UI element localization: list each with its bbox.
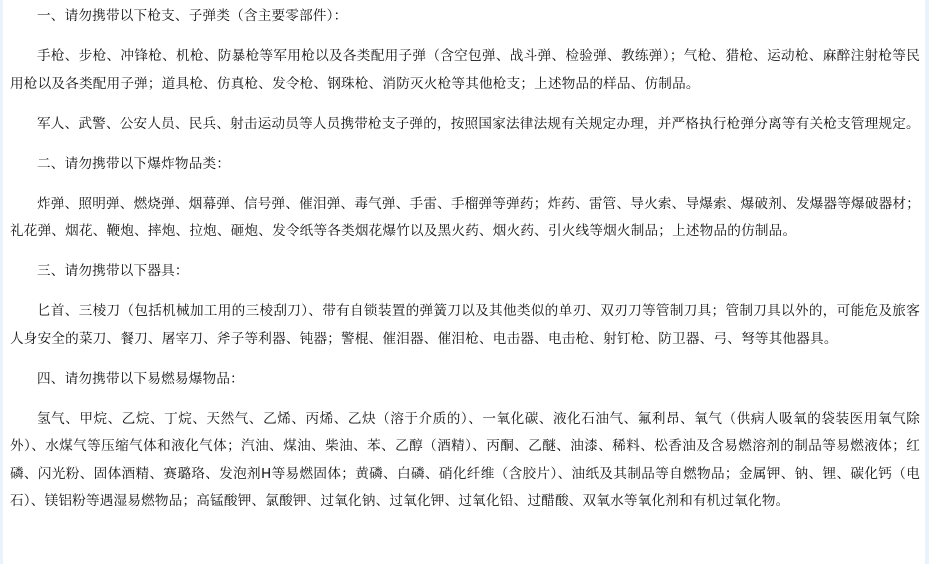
scrollbar-track[interactable]: [925, 0, 929, 564]
section-1-paragraph-1: 手枪、步枪、冲锋枪、机枪、防暴枪等军用枪以及各类配用子弹（含空包弹、战斗弹、检验…: [10, 43, 920, 98]
section-4-paragraph-1: 氢气、甲烷、乙烷、丁烷、天然气、乙烯、丙烯、乙炔（溶于介质的）、一氧化碳、液化石…: [10, 406, 920, 516]
section-1-paragraph-2: 军人、武警、公安人员、民兵、射击运动员等人员携带枪支子弹的，按照国家法律法规有关…: [10, 111, 920, 139]
section-3-heading: 三、请勿携带以下器具：: [10, 258, 920, 286]
section-1-heading: 一、请勿携带以下枪支、子弹类（含主要零部件）：: [10, 3, 920, 31]
section-4-heading: 四、请勿携带以下易燃易爆物品：: [10, 366, 920, 394]
document-body: 一、请勿携带以下枪支、子弹类（含主要零部件）： 手枪、步枪、冲锋枪、机枪、防暴枪…: [10, 3, 920, 528]
section-2-heading: 二、请勿携带以下爆炸物品类：: [10, 151, 920, 179]
section-3-paragraph-1: 匕首、三棱刀（包括机械加工用的三棱刮刀）、带有自锁装置的弹簧刀以及其他类似的单刃…: [10, 298, 920, 353]
section-2-paragraph-1: 炸弹、照明弹、燃烧弹、烟幕弹、信号弹、催泪弹、毒气弹、手雷、手榴弹等弹药；炸药、…: [10, 191, 920, 246]
left-border-stripe: [0, 0, 3, 564]
